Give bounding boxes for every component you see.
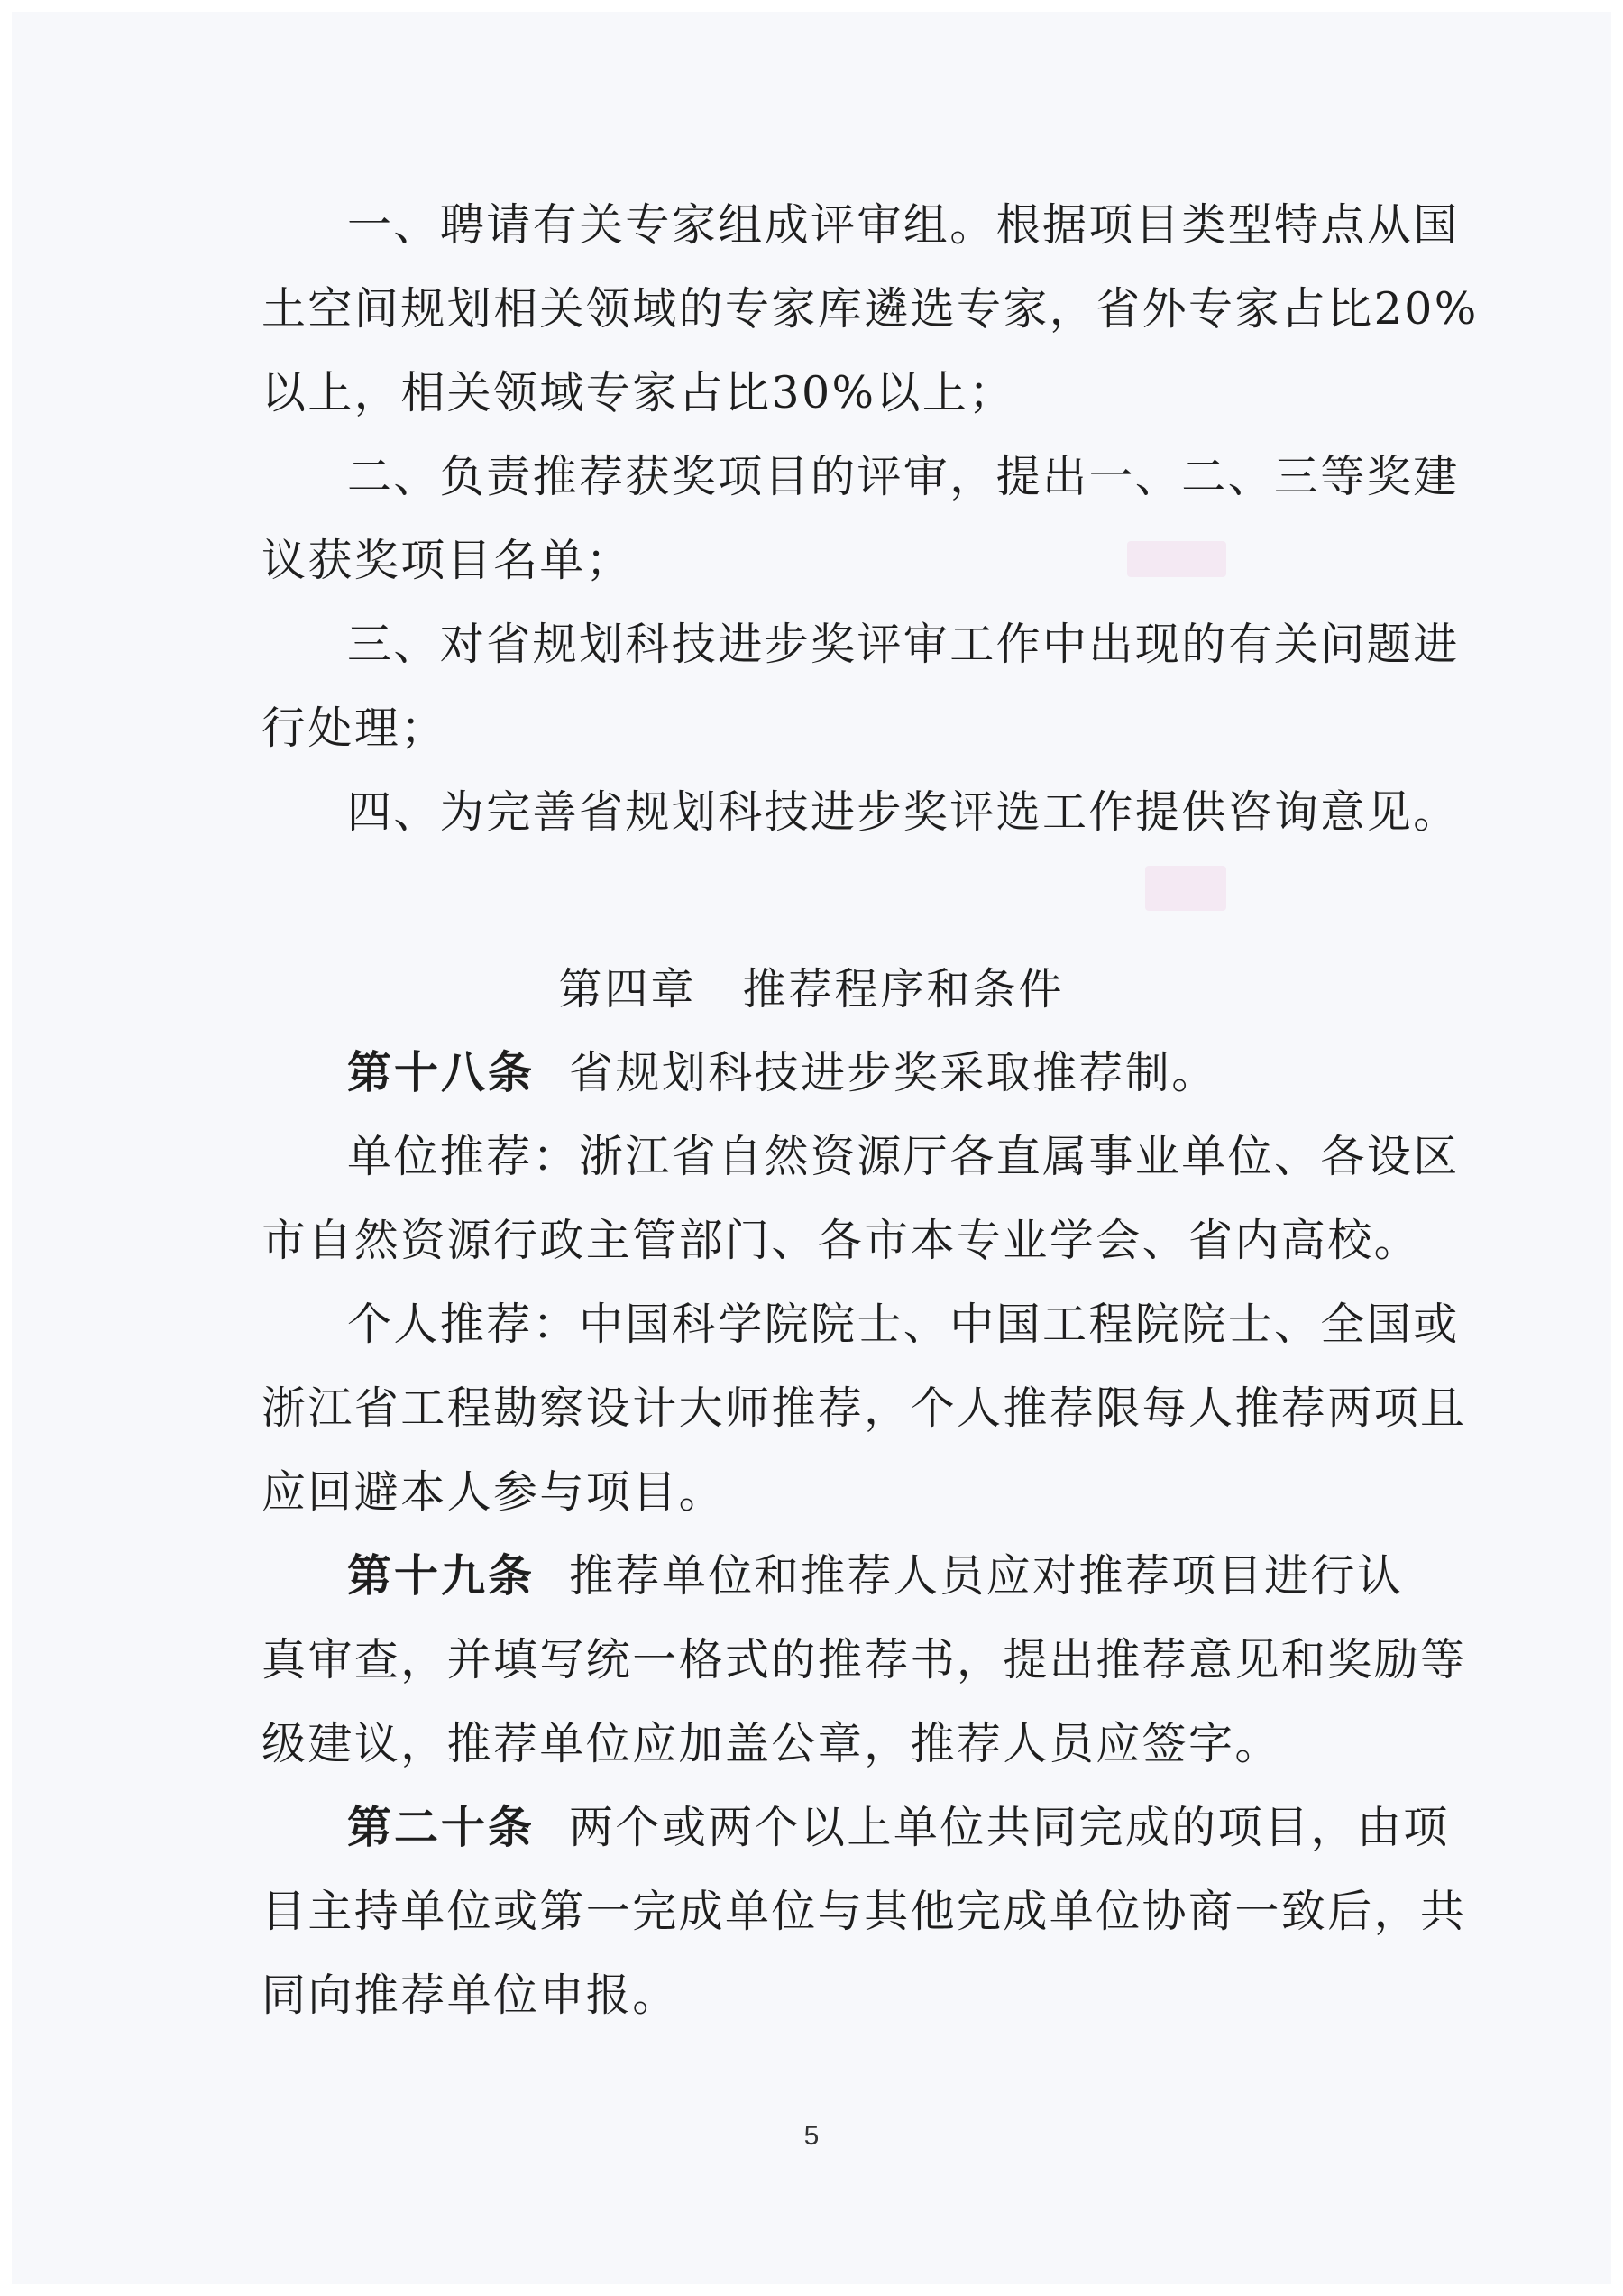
- item-4-line-1: 四、为完善省规划科技进步奖评选工作提供咨询意见。: [347, 785, 1380, 840]
- article-19-label: 第十九条: [347, 1550, 535, 1602]
- article-20-line-3: 同向推荐单位申报。: [261, 1969, 1380, 2023]
- chapter-heading: 第四章 推荐程序和条件: [0, 962, 1623, 1016]
- personal-recommendation-line-3: 应回避本人参与项目。: [261, 1465, 1380, 1520]
- item-1-line-1: 一、聘请有关专家组成评审组。根据项目类型特点从国: [347, 198, 1380, 253]
- article-19-line-1: 第十九条推荐单位和推荐人员应对推荐项目进行认: [347, 1549, 1380, 1603]
- article-19-line-3: 级建议，推荐单位应加盖公章，推荐人员应签字。: [261, 1717, 1380, 1771]
- personal-recommendation-line-2: 浙江省工程勘察设计大师推荐，个人推荐限每人推荐两项且: [261, 1382, 1380, 1436]
- item-1-line-2: 土空间规划相关领域的专家库遴选专家，省外专家占比20%: [261, 282, 1380, 336]
- item-3-line-2: 行处理；: [261, 702, 1380, 756]
- item-2-line-2: 议获奖项目名单；: [261, 534, 1380, 588]
- unit-recommendation-line-2: 市自然资源行政主管部门、各市本专业学会、省内高校。: [261, 1214, 1380, 1268]
- article-20-line-2: 目主持单位或第一完成单位与其他完成单位协商一致后，共: [261, 1885, 1380, 1939]
- article-20-line-1: 第二十条两个或两个以上单位共同完成的项目，由项: [347, 1801, 1380, 1855]
- article-19-text: 推荐单位和推荐人员应对推荐项目进行认: [569, 1550, 1403, 1602]
- article-18-text: 省规划科技进步奖采取推荐制。: [569, 1047, 1218, 1098]
- article-19-line-2: 真审查，并填写统一格式的推荐书，提出推荐意见和奖励等: [261, 1633, 1380, 1687]
- unit-recommendation-line-1: 单位推荐：浙江省自然资源厅各直属事业单位、各设区: [347, 1130, 1380, 1184]
- page-number: 5: [0, 2121, 1623, 2152]
- personal-recommendation-line-1: 个人推荐：中国科学院院士、中国工程院院士、全国或: [347, 1298, 1380, 1352]
- item-3-line-1: 三、对省规划科技进步奖评审工作中出现的有关问题进: [347, 618, 1380, 672]
- item-1-line-3: 以上，相关领域专家占比30%以上；: [261, 366, 1380, 420]
- stamp-ghost-mark: [1145, 866, 1226, 911]
- item-2-line-1: 二、负责推荐获奖项目的评审，提出一、二、三等奖建: [347, 450, 1380, 504]
- article-18-label: 第十八条: [347, 1047, 535, 1098]
- article-20-text: 两个或两个以上单位共同完成的项目，由项: [569, 1802, 1450, 1853]
- article-18: 第十八条省规划科技进步奖采取推荐制。: [347, 1046, 1380, 1100]
- article-20-label: 第二十条: [347, 1802, 535, 1853]
